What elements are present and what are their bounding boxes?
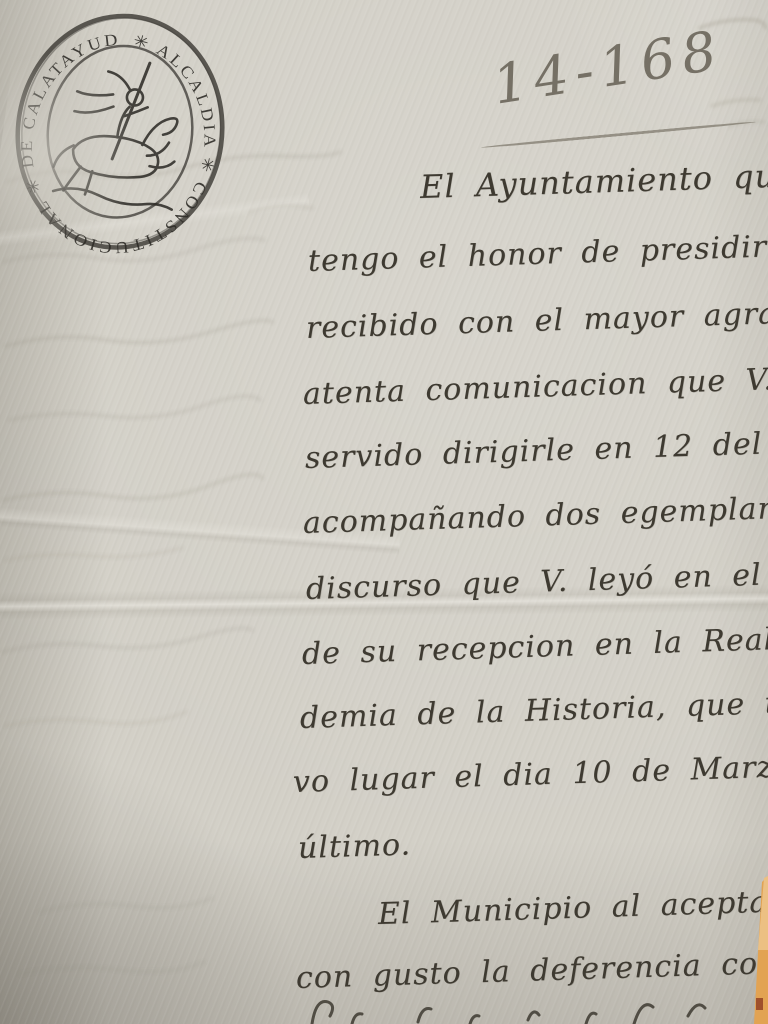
letter-line: El Ayuntamiento que [419,156,768,206]
underlying-surface-edge [752,876,768,1024]
letter-line: servido dirigirle en 12 del actual [304,423,768,476]
letter-line: atenta comunicacion que V. se ha [302,359,768,412]
manuscript-page: ✳ ALCALDIA ✳ CONSTITUCIONAL ✳ DE CALATAY… [0,0,768,1024]
letter-line: de su recepcion en la Real Aca [301,620,768,672]
letter-line: acompañando dos egemplares del [302,488,768,541]
letter-line: tengo el honor de presidir ha [307,228,768,279]
letter-line: recibido con el mayor agrado la [305,293,768,346]
letter-body: El Ayuntamiento que tengo el honor de pr… [0,0,768,1024]
letter-line: vo lugar el dia 10 de Marzo [292,749,768,800]
letter-line: con gusto la deferencia con que [295,943,768,996]
letter-line: último. [297,827,411,866]
letter-line: discurso que V. leyó en el acto [305,555,768,607]
letter-line: demia de la Historia, que tu [299,685,768,736]
letter-line: El Municipio al aceptar [377,884,768,932]
